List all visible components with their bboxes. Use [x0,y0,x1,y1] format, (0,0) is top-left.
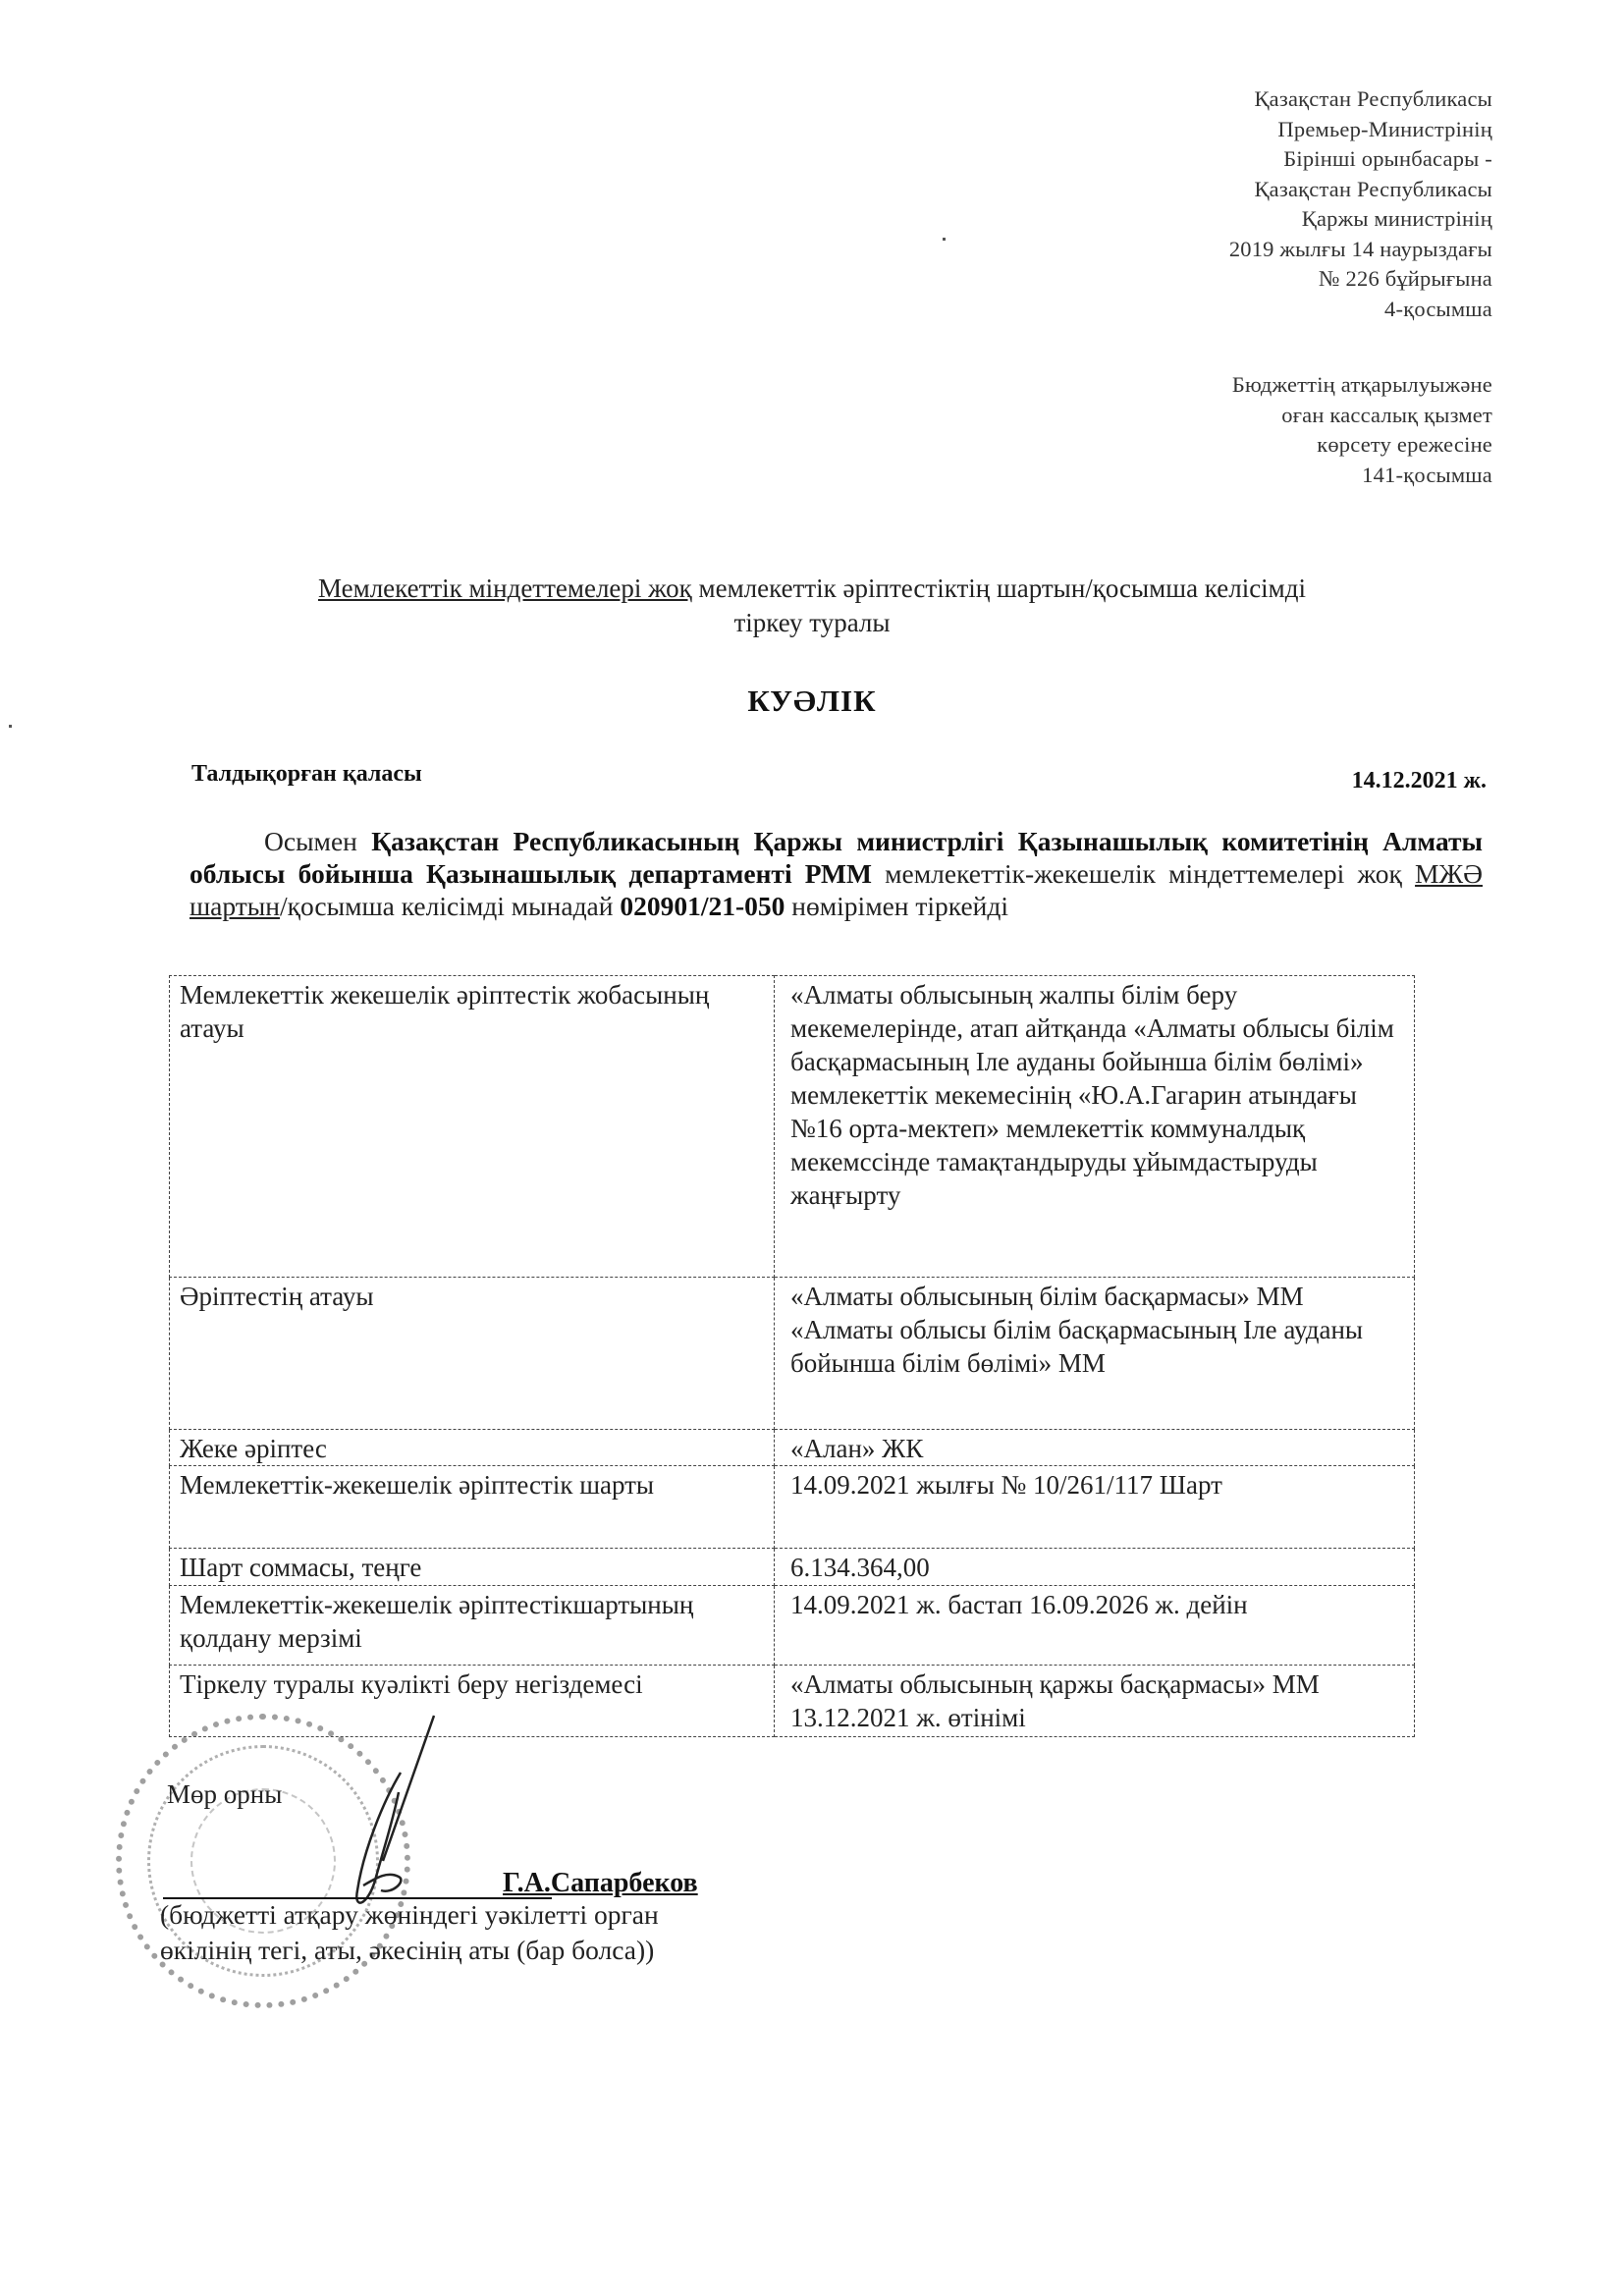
document-date: 14.12.2021 ж. [1352,768,1487,794]
appendix-line: Бірінші орынбасары - [1229,144,1492,175]
seal-placeholder-label: Мөр орны [167,1779,282,1810]
document-page: Қазақстан Республикасы Премьер-Министрін… [0,0,1624,2295]
row-label: Шарт соммасы, теңге [170,1549,775,1586]
city-label: Талдықорған қаласы [191,761,422,788]
row-value: 14.09.2021 ж. бастап 16.09.2026 ж. дейін [775,1586,1415,1666]
appendix-line: Бюджеттің атқарылуыжәне [1232,370,1492,401]
row-value: «Алматы облысының білім басқармасы» ММ «… [775,1278,1415,1430]
certificate-heading: КУӘЛІК [0,683,1624,719]
document-title: Мемлекеттік міндеттемелері жоқ мемлекетт… [147,572,1477,640]
table-row: Әріптестің атауы «Алматы облысының білім… [170,1278,1415,1430]
para-text-2: /қосымша келісімді мынадай [280,891,620,921]
row-label: Әріптестің атауы [170,1278,775,1430]
appendix-line: Премьер-Министрінің [1229,115,1492,145]
table-row: Мемлекеттік-жекешелік әріптестікшартының… [170,1586,1415,1666]
signer-caption: (бюджетті атқару жөніндегі уәкілетті орг… [160,1897,659,1968]
appendix-line: көрсету ережесіне [1232,430,1492,461]
signer-name: Г.А.Сапарбеков [503,1868,698,1899]
row-value: 6.134.364,00 [775,1549,1415,1586]
appendix-line: 4-қосымша [1229,295,1492,325]
table-row: Жеке әріптес «Алан» ЖК [170,1430,1415,1466]
registration-number: 020901/21-050 [620,891,785,921]
para-lead: Осымен [264,826,357,856]
row-value: 14.09.2021 жылғы № 10/261/117 Шарт [775,1466,1415,1549]
appendix-reference: Қазақстан Республикасы Премьер-Министрін… [1229,84,1492,324]
appendix-line: 141-қосымша [1232,461,1492,491]
row-label: Мемлекеттік-жекешелік әріптестік шарты [170,1466,775,1549]
row-value: «Алматы облысының жалпы білім беру мекем… [775,976,1415,1278]
appendix-line: Қазақстан Республикасы [1229,175,1492,205]
registration-paragraph: Осымен Қазақстан Республикасының Қаржы м… [189,825,1483,922]
appendix-line: Қазақстан Республикасы [1229,84,1492,115]
title-underlined: Мемлекеттік міндеттемелері жоқ [318,574,692,603]
table-row: Мемлекеттік жекешелік әріптестік жобасын… [170,976,1415,1278]
appendix-rules-reference: Бюджеттің атқарылуыжәне оған кассалық қы… [1232,370,1492,490]
row-value: «Алматы облысының қаржы басқармасы» ММ 1… [775,1666,1415,1737]
row-value: «Алан» ЖК [775,1430,1415,1466]
title-line-2: тіркеу туралы [733,608,890,637]
caption-line-2: өкілінің тегі, аты, әкесінің аты (бар бо… [160,1935,654,1965]
table-row: Мемлекеттік-жекешелік әріптестік шарты 1… [170,1466,1415,1549]
row-label: Мемлекеттік-жекешелік әріптестікшартының… [170,1586,775,1666]
para-text-3: нөмірімен тіркейді [785,891,1008,921]
appendix-line: 2019 жылғы 14 наурыздағы [1229,235,1492,265]
appendix-line: оған кассалық қызмет [1232,401,1492,431]
row-label: Жеке әріптес [170,1430,775,1466]
appendix-line: № 226 бұйрығына [1229,264,1492,295]
scan-speck [943,238,946,241]
scan-speck [9,725,12,728]
appendix-line: Қаржы министрінің [1229,204,1492,235]
para-text-1: мемлекеттік-жекешелік міндеттемелері жоқ [872,858,1415,889]
details-table: Мемлекеттік жекешелік әріптестік жобасын… [169,975,1415,1737]
caption-line-1: (бюджетті атқару жөніндегі уәкілетті орг… [160,1899,659,1930]
table-row: Шарт соммасы, теңге 6.134.364,00 [170,1549,1415,1586]
title-rest: мемлекеттік әріптестіктің шартын/қосымша… [692,574,1306,603]
row-label: Мемлекеттік жекешелік әріптестік жобасын… [170,976,775,1278]
